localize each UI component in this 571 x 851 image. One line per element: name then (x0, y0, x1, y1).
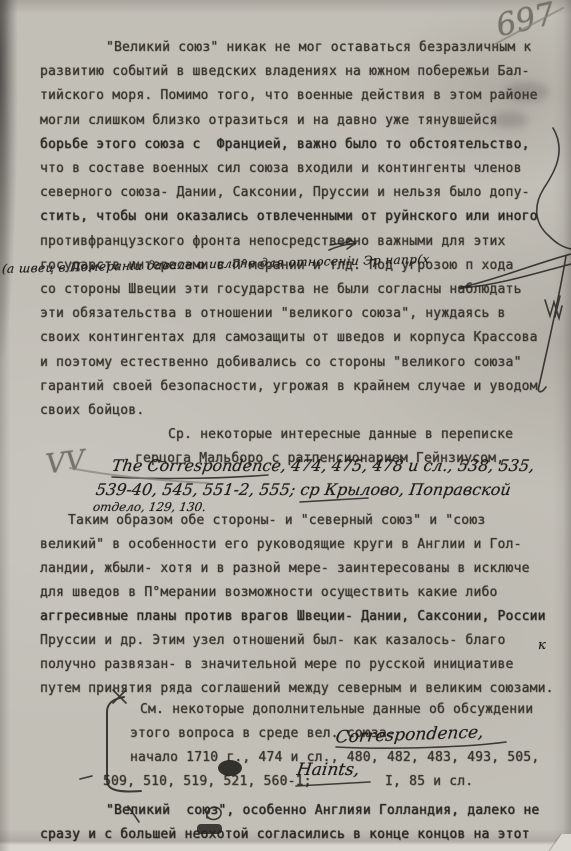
citation-handwritten-line: 539-40, 545, 551-2, 555; ср Крылово, Поп… (95, 480, 512, 499)
typed-line: гарантий своей безопасности, угрожая в к… (40, 379, 538, 394)
right-margin-flourish (537, 128, 571, 249)
typed-line: получно развязан- в значительной мере по… (40, 657, 514, 672)
typed-line: борьбе этого союза с Францией, важно был… (40, 137, 530, 152)
right-margin-diagonal (538, 256, 566, 392)
typed-line: своих бойцов. (40, 403, 144, 418)
typed-line: эти обязательства в отношении "великого … (40, 306, 506, 321)
typed-line: См. некоторые дополнительные данные об о… (140, 702, 533, 717)
typed-line: со стороны Швеции эти государства не был… (40, 282, 522, 297)
typed-line: 509, 510, 519, 521, 560-1; (103, 774, 312, 789)
typed-line: великий" в особенности его руководящие к… (40, 537, 522, 552)
page-number-annotation: 697 (493, 0, 559, 44)
typed-line: Ср. некоторые интересные данные в перепи… (168, 427, 513, 442)
typed-line: и поэтому естественно добивались со стор… (40, 355, 522, 370)
citation-handwritten-line: отдело, 129, 130. (92, 500, 207, 514)
typed-line: что в составе военных сил союза входили … (40, 161, 522, 176)
torn-corner (543, 834, 571, 851)
typed-line: тийского моря. Помимо того, что военные … (40, 88, 538, 103)
typed-line: I, 85 и сл. (385, 774, 473, 789)
citation-handwritten-line: The Correspondence, 474, 475, 478 и сл.,… (111, 456, 536, 475)
typed-line: для шведов в П°мерании возможности осуще… (40, 585, 498, 600)
typed-line: своих контингентах для самозащиты от шве… (40, 330, 538, 345)
typed-line: Таким образом обе стороны- и "северный с… (68, 513, 485, 528)
correspondence-handwritten-note: Correspondence, (335, 722, 485, 747)
typed-line: стить, чтобы они оказались отвлеченными … (40, 209, 538, 224)
typed-line: ландии, жбыли- хотя и в разной мере- заи… (40, 561, 530, 576)
typed-line: развитию событий в шведских владениях на… (40, 64, 530, 79)
margin-dash (80, 776, 92, 779)
typed-line: путем принятия ряда соглашений между сев… (40, 681, 554, 696)
typed-line: "Великий союз" никак не мог оставаться б… (106, 40, 531, 55)
typed-line: северного союза- Дании, Саксонии, Прусси… (40, 185, 530, 200)
right-margin-scribble (545, 296, 562, 318)
underline-the-correspondence (112, 475, 268, 478)
ink-smudge (492, 112, 528, 128)
typed-line: могли слишком близко отразиться и на дав… (40, 113, 498, 128)
typed-line: Пруссии и др. Этим узел отношений был- к… (40, 633, 506, 648)
typed-line: противфранцузского фронта непосредствеен… (40, 234, 506, 249)
ink-smudge (505, 82, 549, 102)
typed-line: "Великий союз", особенно Англияи Голланд… (106, 803, 539, 818)
typed-line: аггресивные планы против врагов Швеции- … (40, 609, 546, 624)
margin-letter-k: к (538, 638, 546, 653)
scanned-page: "Великий союз" никак не мог оставаться б… (0, 0, 571, 851)
typed-line: сразу и с большей неохотой согласились в… (40, 827, 530, 842)
margin-check-mark: VV (44, 445, 86, 481)
haints-handwritten-note: Haints, (296, 760, 361, 780)
